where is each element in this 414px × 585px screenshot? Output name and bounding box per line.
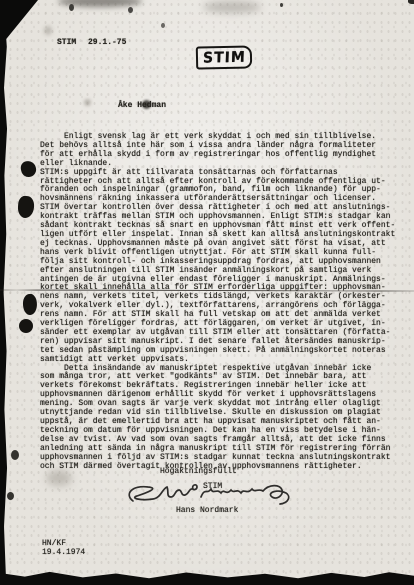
scan-smudge <box>84 99 91 106</box>
ink-blot <box>19 319 33 333</box>
ink-speck <box>11 450 19 460</box>
ink-blot <box>22 293 38 315</box>
ink-speck <box>161 23 165 28</box>
scan-smudge <box>203 1 261 13</box>
scan-smudge <box>44 26 52 35</box>
stim-stamp: STIM <box>196 45 252 69</box>
header-date-note: 29.1.-75 <box>88 39 126 48</box>
letter-body: Enligt svensk lag är ett verk skyddat i … <box>40 133 405 471</box>
ink-speck <box>7 492 14 500</box>
header-org-label: STIM <box>57 39 76 48</box>
recipient-name: Åke Hedman <box>118 102 166 111</box>
scan-smudge <box>46 470 72 486</box>
ink-blot <box>17 195 34 218</box>
ink-speck <box>280 3 283 7</box>
ink-speck <box>408 0 414 4</box>
closing-salutation: Högaktningsfullt <box>160 468 237 477</box>
stim-stamp-text: STIM <box>202 49 245 67</box>
footer-date: 19.4.1974 <box>42 549 85 558</box>
scan-edge-bottom <box>0 569 414 585</box>
scan-corner-top-left <box>0 0 38 42</box>
signer-typed-name: Hans Nordmark <box>176 507 238 516</box>
scanned-letter-page: STIM 29.1.-75 STIM Åke Hedman Enligt sve… <box>0 0 414 585</box>
ink-speck <box>128 7 133 13</box>
ink-blot <box>20 160 38 179</box>
